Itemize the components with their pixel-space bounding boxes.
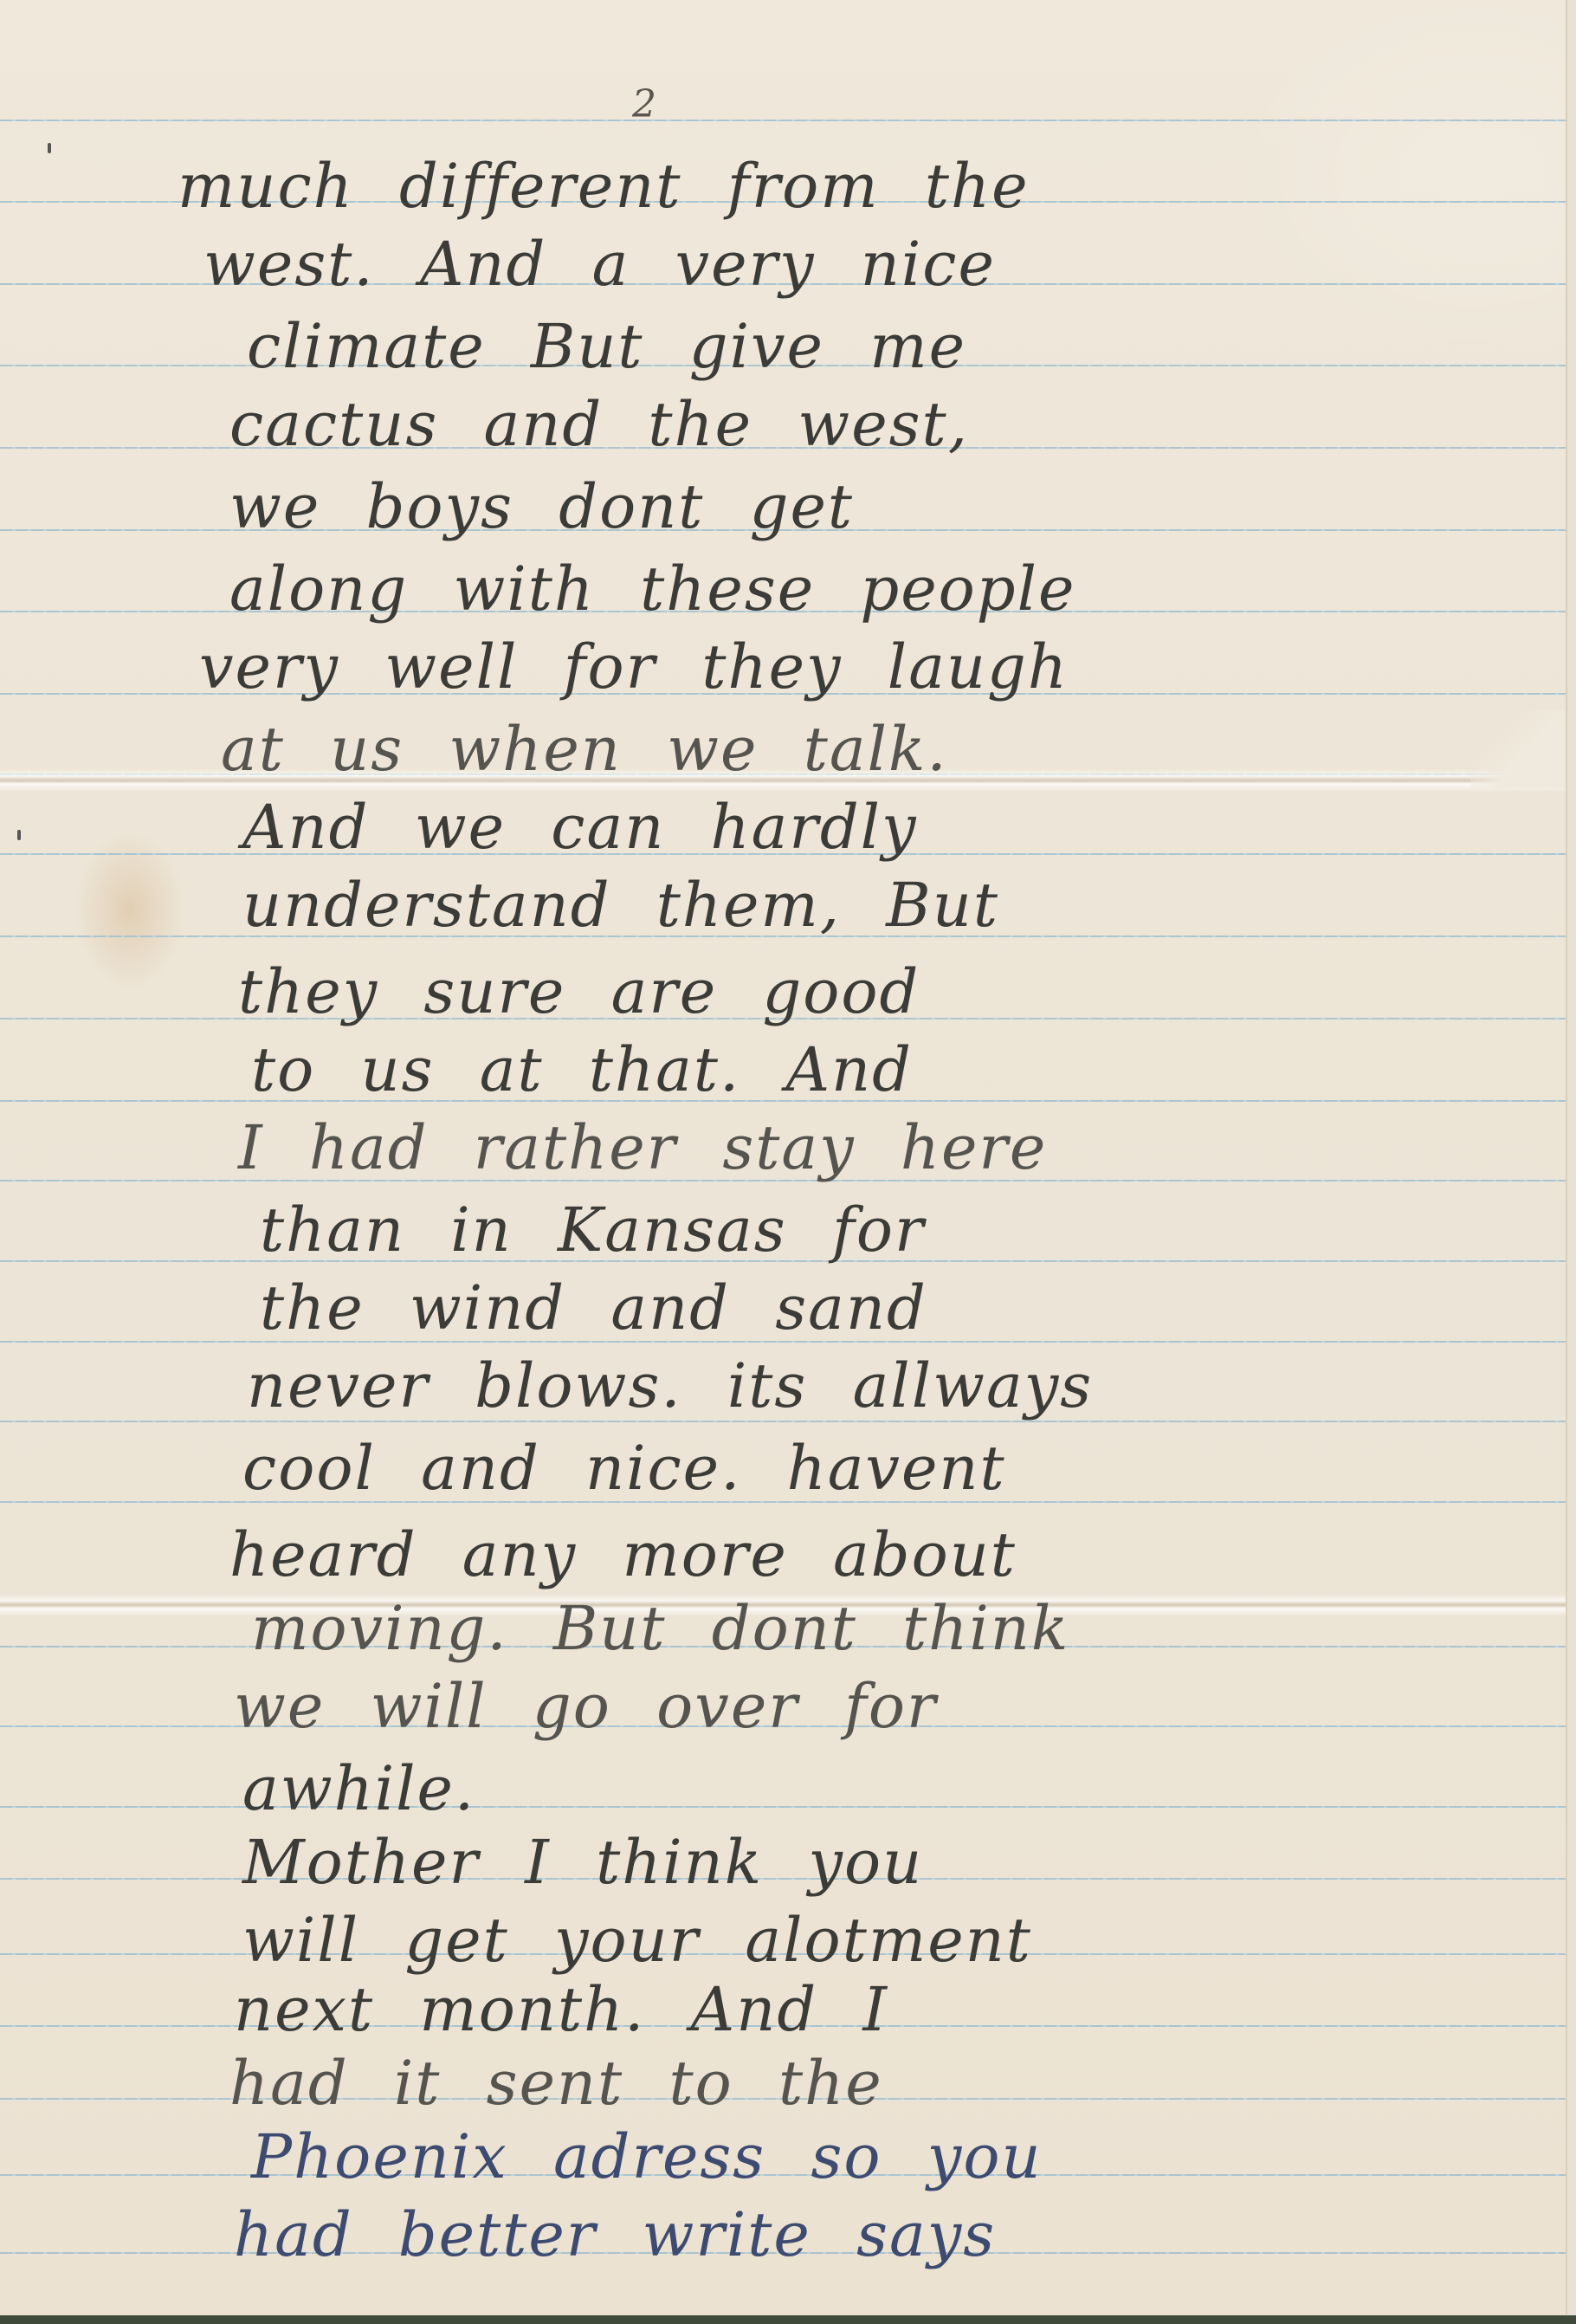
letter-line: And we can hardly <box>242 797 1566 858</box>
letter-page: 2 much different from the west. And a ve… <box>0 0 1567 2314</box>
letter-line: the wind and sand <box>260 1278 1566 1338</box>
margin-mark <box>48 143 51 153</box>
letter-line: will get your alotment <box>242 1910 1566 1971</box>
letter-line: Mother I think you <box>242 1832 1566 1893</box>
letter-line: climate But give me <box>247 316 1566 377</box>
letter-line: understand them, But <box>242 875 1566 935</box>
letter-line: had better write says <box>234 2204 1566 2265</box>
page-number: 2 <box>632 82 656 126</box>
letter-line: cactus and the west, <box>229 394 1566 455</box>
letter-line: very well for they laugh <box>199 637 1566 697</box>
letter-line: never blows. its allways <box>247 1356 1566 1416</box>
letter-line: next month. And I <box>234 1979 1566 2040</box>
letter-line: heard any more about <box>229 1525 1566 1585</box>
letter-line: moving. But dont think <box>251 1598 1566 1659</box>
rule-line <box>0 120 1566 121</box>
letter-line: we boys dont get <box>229 476 1566 537</box>
letter-line: along with these people <box>229 559 1566 619</box>
letter-line: Phoenix adress so you <box>251 2127 1566 2187</box>
letter-line: awhile. <box>242 1758 1566 1819</box>
letter-line: than in Kansas for <box>260 1200 1566 1260</box>
letter-line: to us at that. And <box>251 1039 1566 1100</box>
letter-line: west. And a very nice <box>203 234 1566 295</box>
letter-line: cool and nice. havent <box>242 1438 1566 1499</box>
letter-line: I had rather stay here <box>238 1117 1566 1178</box>
scan-edge <box>0 2315 1576 2324</box>
letter-line: they sure are good <box>238 961 1566 1022</box>
letter-line: at us when we talk. <box>221 719 1566 780</box>
letter-line: we will go over for <box>234 1676 1566 1737</box>
margin-mark <box>17 830 21 840</box>
letter-line: had it sent to the <box>229 2053 1566 2114</box>
letter-line: much different from the <box>178 156 1566 217</box>
